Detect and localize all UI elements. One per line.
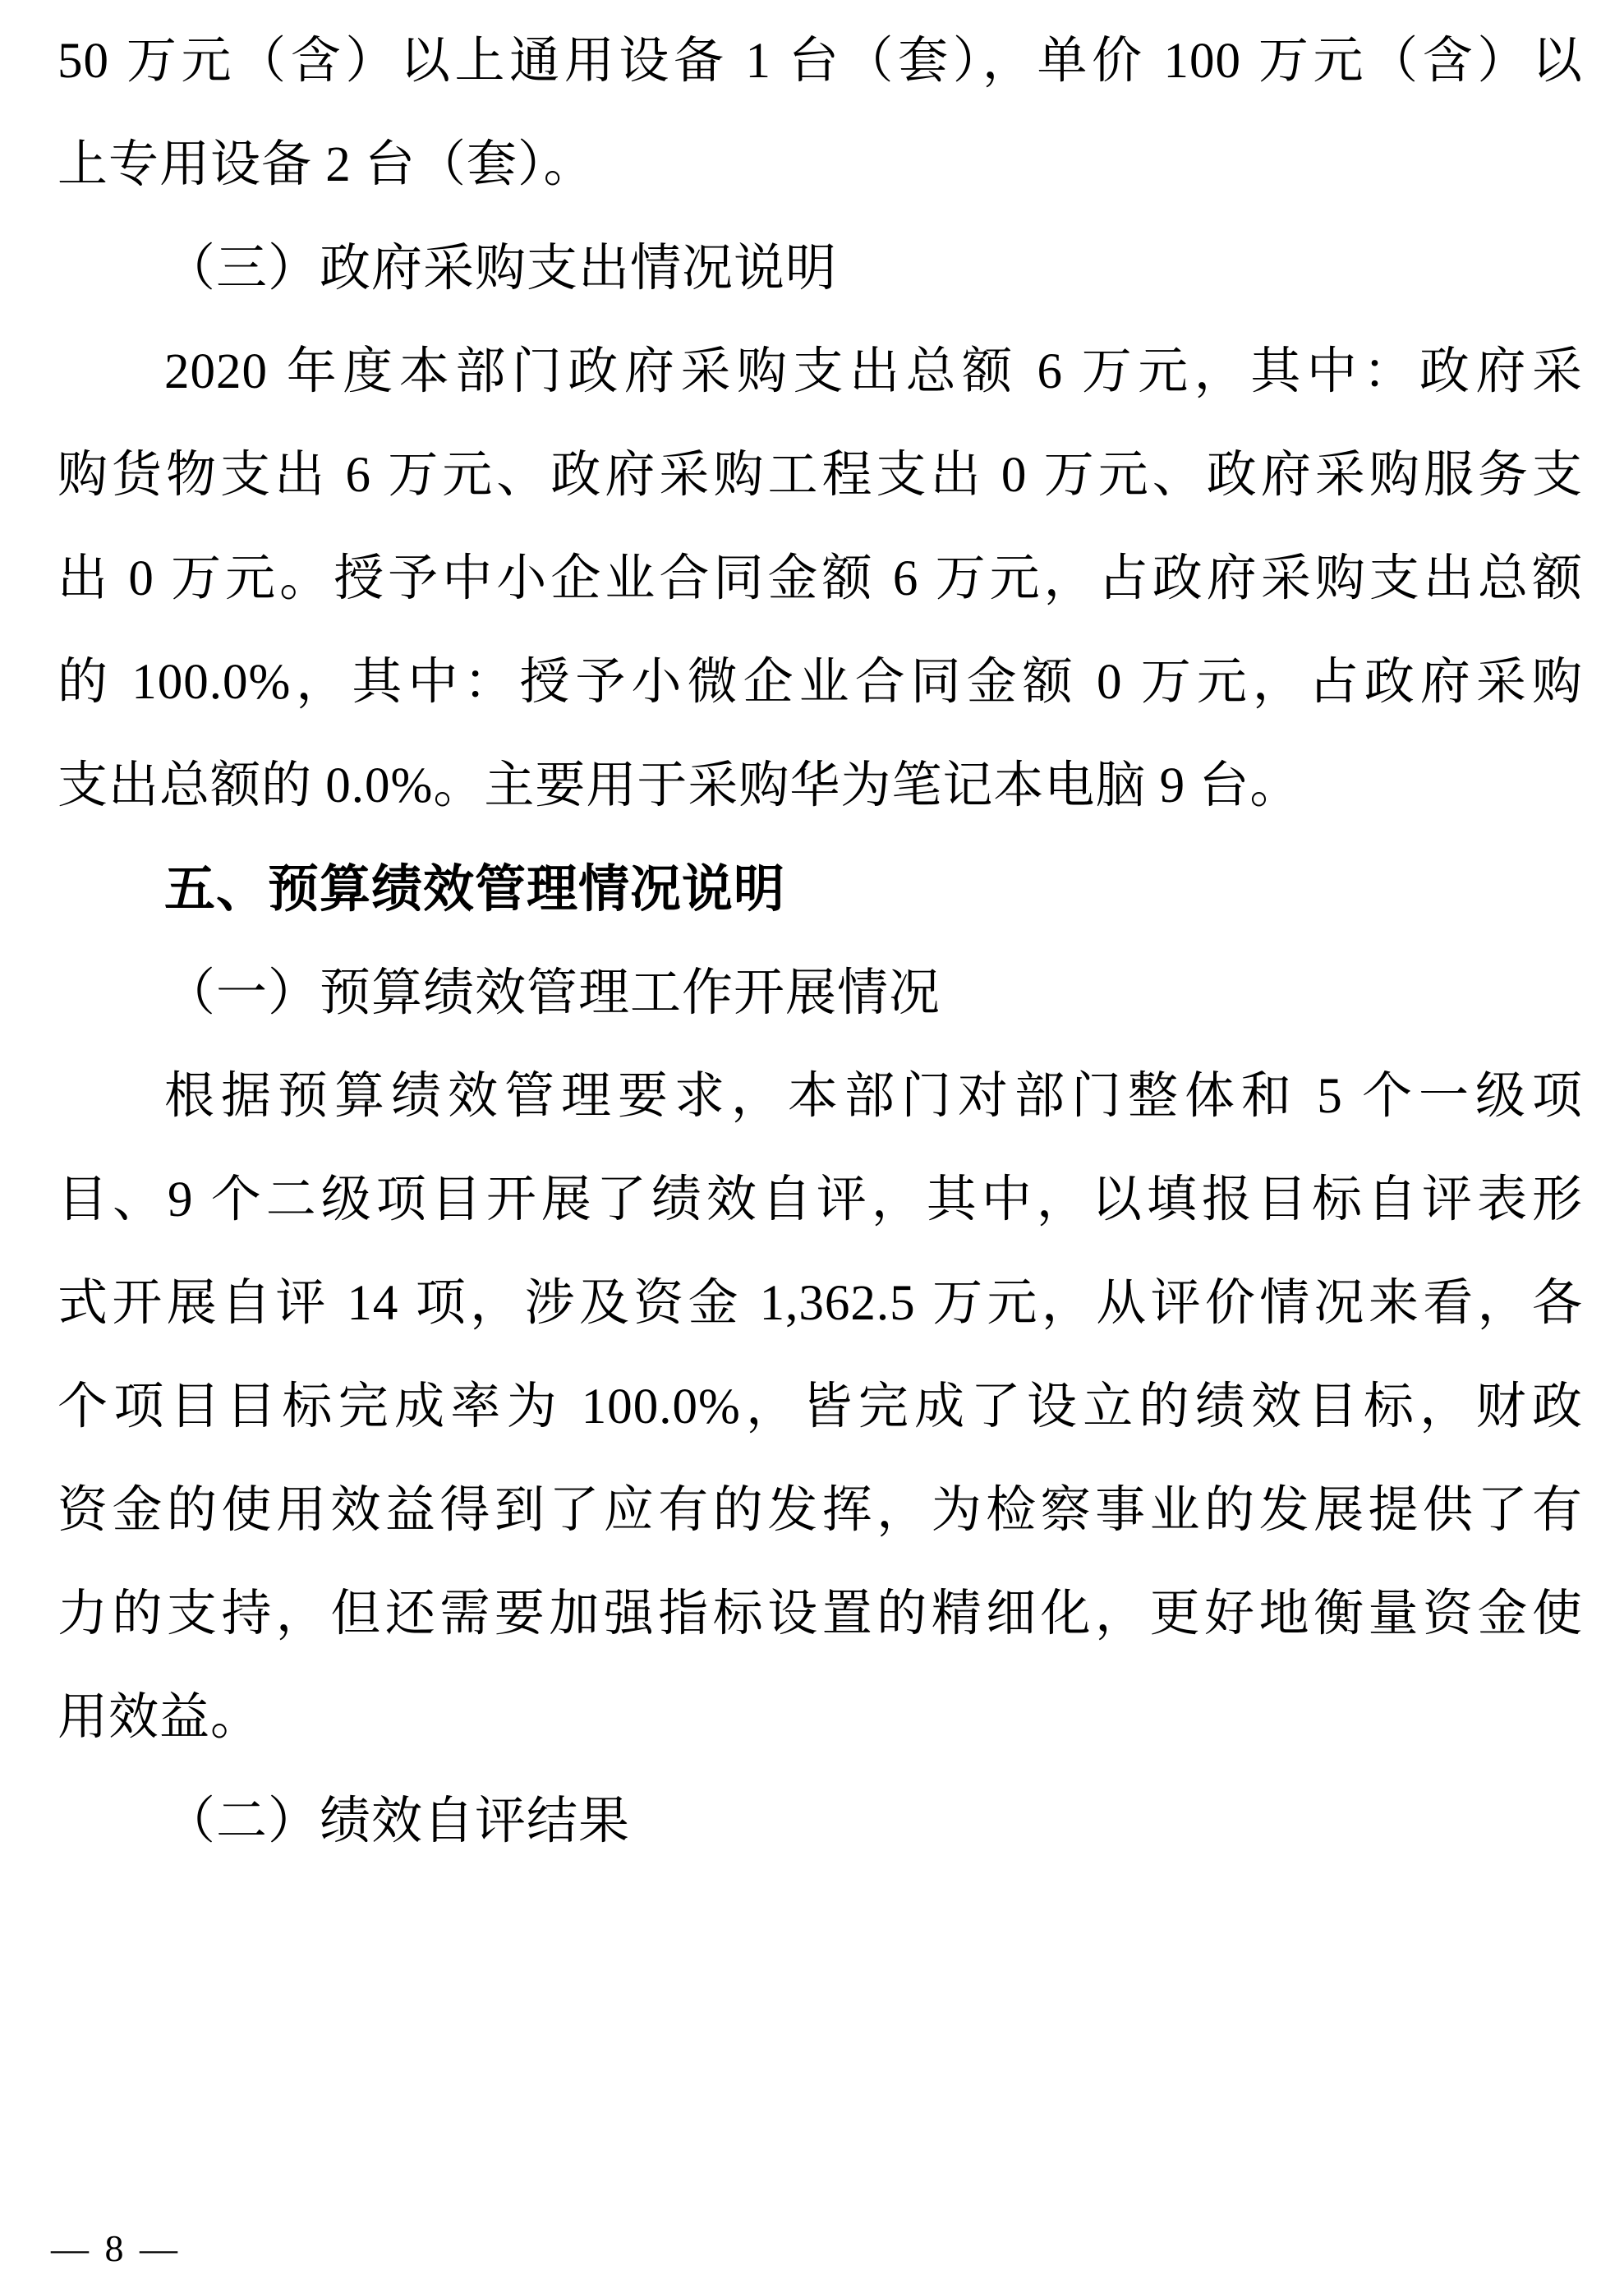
text-line: 2020 年度本部门政府采购支出总额 6 万元，其中：政府采 (58, 320, 1583, 424)
text-line: 目、9 个二级项目开展了绩效自评，其中，以填报目标自评表形 (58, 1149, 1583, 1252)
text-line: 支出总额的 0.0%。主要用于采购华为笔记本电脑 9 台。 (58, 734, 1583, 838)
page-number: — 8 — (51, 2220, 181, 2277)
text-line: 上专用设备 2 台（套）。 (58, 113, 1583, 217)
text-line: 用效益。 (58, 1666, 1583, 1770)
text-line: 的 100.0%，其中：授予小微企业合同金额 0 万元，占政府采购 (58, 631, 1583, 734)
section-heading: （三）政府采购支出情况说明 (58, 217, 1583, 320)
document-page: 50 万元（含）以上通用设备 1 台（套），单价 100 万元（含）以 上专用设… (0, 0, 1624, 2293)
text-line: 个项目目标完成率为 100.0%，皆完成了设立的绩效目标，财政 (58, 1356, 1583, 1459)
text-line: 力的支持，但还需要加强指标设置的精细化，更好地衡量资金使 (58, 1563, 1583, 1666)
text-line: 购货物支出 6 万元、政府采购工程支出 0 万元、政府采购服务支 (58, 424, 1583, 527)
text-line: 50 万元（含）以上通用设备 1 台（套），单价 100 万元（含）以 (58, 10, 1583, 113)
text-line: 出 0 万元。授予中小企业合同金额 6 万元，占政府采购支出总额 (58, 527, 1583, 631)
text-line: 根据预算绩效管理要求，本部门对部门整体和 5 个一级项 (58, 1045, 1583, 1149)
text-line: 资金的使用效益得到了应有的发挥，为检察事业的发展提供了有 (58, 1459, 1583, 1563)
text-line: 式开展自评 14 项，涉及资金 1,362.5 万元，从评价情况来看，各 (58, 1252, 1583, 1356)
section-heading: （一）预算绩效管理工作开展情况 (58, 942, 1583, 1045)
section-heading: （二）绩效自评结果 (58, 1770, 1583, 1873)
chapter-heading: 五、预算绩效管理情况说明 (58, 838, 1583, 942)
text-block: 50 万元（含）以上通用设备 1 台（套），单价 100 万元（含）以 上专用设… (58, 10, 1583, 1873)
